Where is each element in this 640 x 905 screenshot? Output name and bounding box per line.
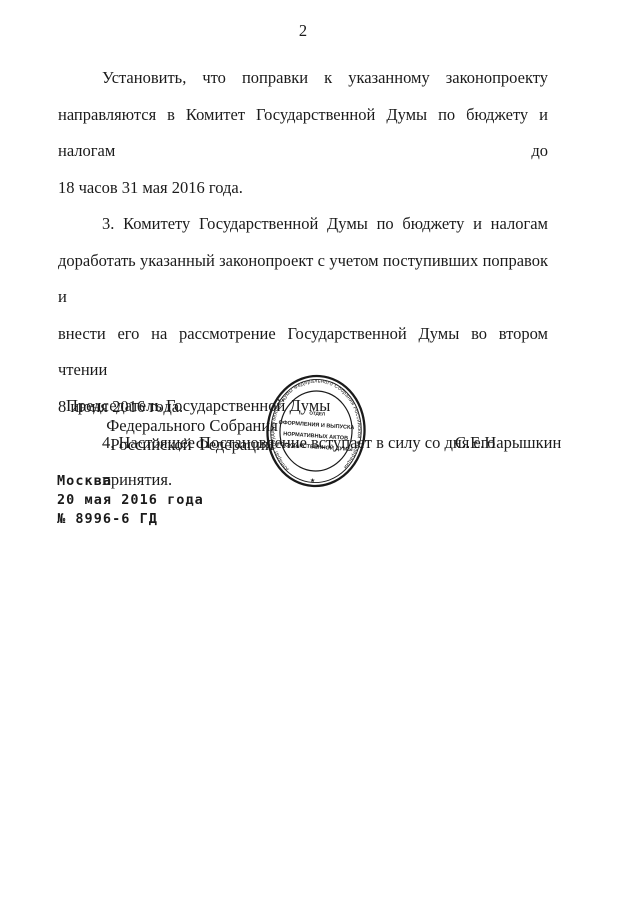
- body-line: Установить, что поправки к указанному за…: [58, 60, 548, 97]
- stamp-star-icon: ★: [310, 477, 316, 484]
- footer-date: 20 мая 2016 года: [57, 491, 204, 510]
- official-stamp: Аппарат Государственной Думы Федеральног…: [258, 370, 374, 492]
- stamp-center-line: НОРМАТИВНЫХ АКТОВ: [283, 431, 348, 442]
- stamp-center-line: ОТДЕЛ: [309, 410, 325, 416]
- footer-document-number: № 8996-6 ГД: [57, 510, 204, 529]
- body-line: направляются в Комитет Государственной Д…: [58, 97, 548, 170]
- footer-city: Москва: [57, 472, 204, 491]
- signatory-name: С.Е.Нарышкин: [455, 433, 561, 453]
- stamp-center-line: ОФОРМЛЕНИЯ И ВЫПУСКА: [278, 420, 354, 431]
- body-line: доработать указанный законопроект с учет…: [58, 243, 548, 316]
- body-line: 18 часов 31 мая 2016 года.: [58, 170, 548, 207]
- page-number: 2: [58, 21, 548, 41]
- body-line: 3. Комитету Государственной Думы по бюдж…: [58, 206, 548, 243]
- stamp-center-line: ГОСУДАРСТВЕННОЙ ДУМЫ: [277, 440, 354, 453]
- document-page: 2 Установить, что поправки к указанному …: [0, 0, 640, 905]
- document-footer: Москва 20 мая 2016 года № 8996-6 ГД: [57, 472, 204, 529]
